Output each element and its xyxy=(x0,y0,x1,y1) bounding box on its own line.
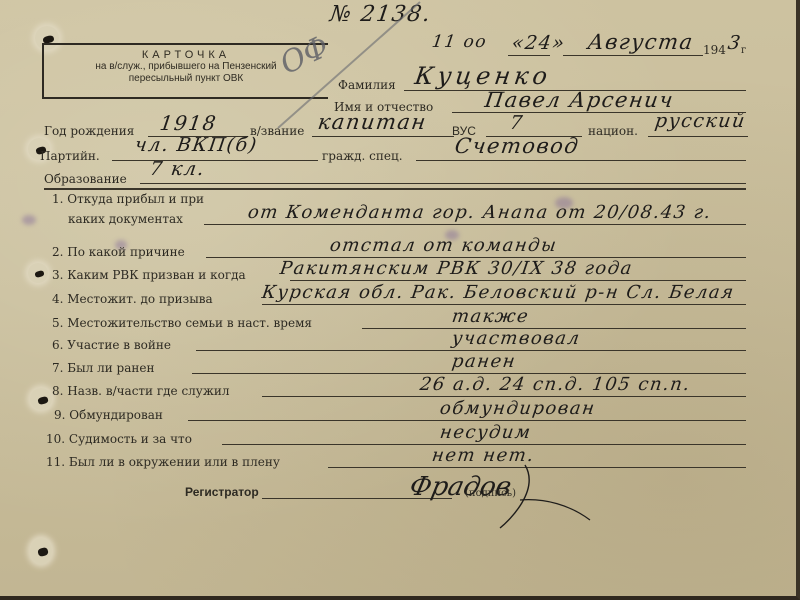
civil-line xyxy=(416,160,746,161)
education-line-2 xyxy=(44,188,746,190)
education-line xyxy=(140,183,746,184)
rank-value: капитан xyxy=(316,110,428,134)
question-line xyxy=(188,420,746,421)
question-label-cont: каких документах xyxy=(68,212,183,226)
civil-value: Счетовод xyxy=(453,134,581,158)
stain xyxy=(22,215,36,225)
rank-line xyxy=(312,136,454,137)
nation-line xyxy=(648,136,748,137)
question-line xyxy=(328,467,746,468)
question-answer: Ракитянским РВК 30/IX 38 года xyxy=(279,258,635,279)
party-line xyxy=(112,160,318,161)
signature-note: (подпись) xyxy=(465,488,516,499)
punch-hole-bottom xyxy=(30,538,52,564)
question-label: 5. Местожительство семьи в наст. время xyxy=(52,316,312,330)
question-line xyxy=(262,304,746,305)
civil-label: гражд. спец. xyxy=(322,149,403,163)
surname-label: Фамилия xyxy=(338,78,396,92)
date-year-prefix: 194 xyxy=(703,43,726,57)
question-label: 10. Судимость и за что xyxy=(46,432,192,446)
question-answer: 26 а.д. 24 сп.д. 105 сп.п. xyxy=(419,374,693,395)
surname-value: Куценко xyxy=(413,62,553,90)
question-label: 3. Каким РВК призван и когда xyxy=(52,268,246,282)
registration-card: КАРТОЧКА на в/служ., прибывшего на Пензе… xyxy=(0,0,800,600)
question-line xyxy=(262,396,746,397)
name-value: Павел Арсенич xyxy=(483,88,675,112)
question-answer: также xyxy=(451,306,531,327)
date-hour: 11 оо xyxy=(431,32,489,52)
question-label: 1. Откуда прибыл и при xyxy=(52,192,204,206)
birth-label: Год рождения xyxy=(44,124,134,138)
question-answer: от Коменданта гор. Анапа от 20/08.43 г. xyxy=(247,202,714,223)
question-answer: обмундирован xyxy=(439,398,597,419)
question-answer: несудим xyxy=(439,422,533,443)
question-answer: ранен xyxy=(451,351,518,372)
date-day: «24» xyxy=(510,32,567,54)
question-label: 7. Был ли ранен xyxy=(52,361,154,375)
vus-value: 7 xyxy=(508,112,525,134)
question-answer: Курская обл. Рак. Беловский р-н Сл. Бела… xyxy=(261,282,737,303)
registrar-label: Регистратор xyxy=(185,485,259,499)
punch-hole-mid xyxy=(28,263,48,283)
date-day-line xyxy=(508,55,550,56)
nation-value: русский xyxy=(653,110,747,132)
question-label: 8. Назв. в/части где служил xyxy=(52,384,230,398)
question-answer: участвовал xyxy=(451,328,582,349)
card-number: № 2138. xyxy=(328,2,433,27)
date-month-line xyxy=(563,55,703,56)
nation-label: национ. xyxy=(588,124,638,138)
birth-value: 1918 xyxy=(158,111,218,135)
date-year-label: г xyxy=(741,45,746,56)
date-month: Августа xyxy=(586,30,695,54)
question-answer: отстал от команды xyxy=(329,235,559,256)
question-label: 6. Участие в войне xyxy=(52,338,171,352)
question-answer: нет нет. xyxy=(431,445,537,466)
punch-hole-lower xyxy=(30,388,52,410)
question-line xyxy=(290,280,746,281)
education-label: Образование xyxy=(44,172,127,186)
question-label: 11. Был ли в окружении или в плену xyxy=(46,455,280,469)
question-label: 9. Обмундирован xyxy=(54,408,163,422)
stamp-line-2: пересыльный пункт ОВК xyxy=(44,73,328,85)
question-label: 4. Местожит. до призыва xyxy=(52,292,213,306)
education-value: 7 кл. xyxy=(148,158,206,180)
party-label: Партийн. xyxy=(40,149,100,163)
question-label: 2. По какой причине xyxy=(52,245,185,259)
question-line xyxy=(204,224,746,225)
party-value: чл. ВКП(б) xyxy=(133,134,259,156)
